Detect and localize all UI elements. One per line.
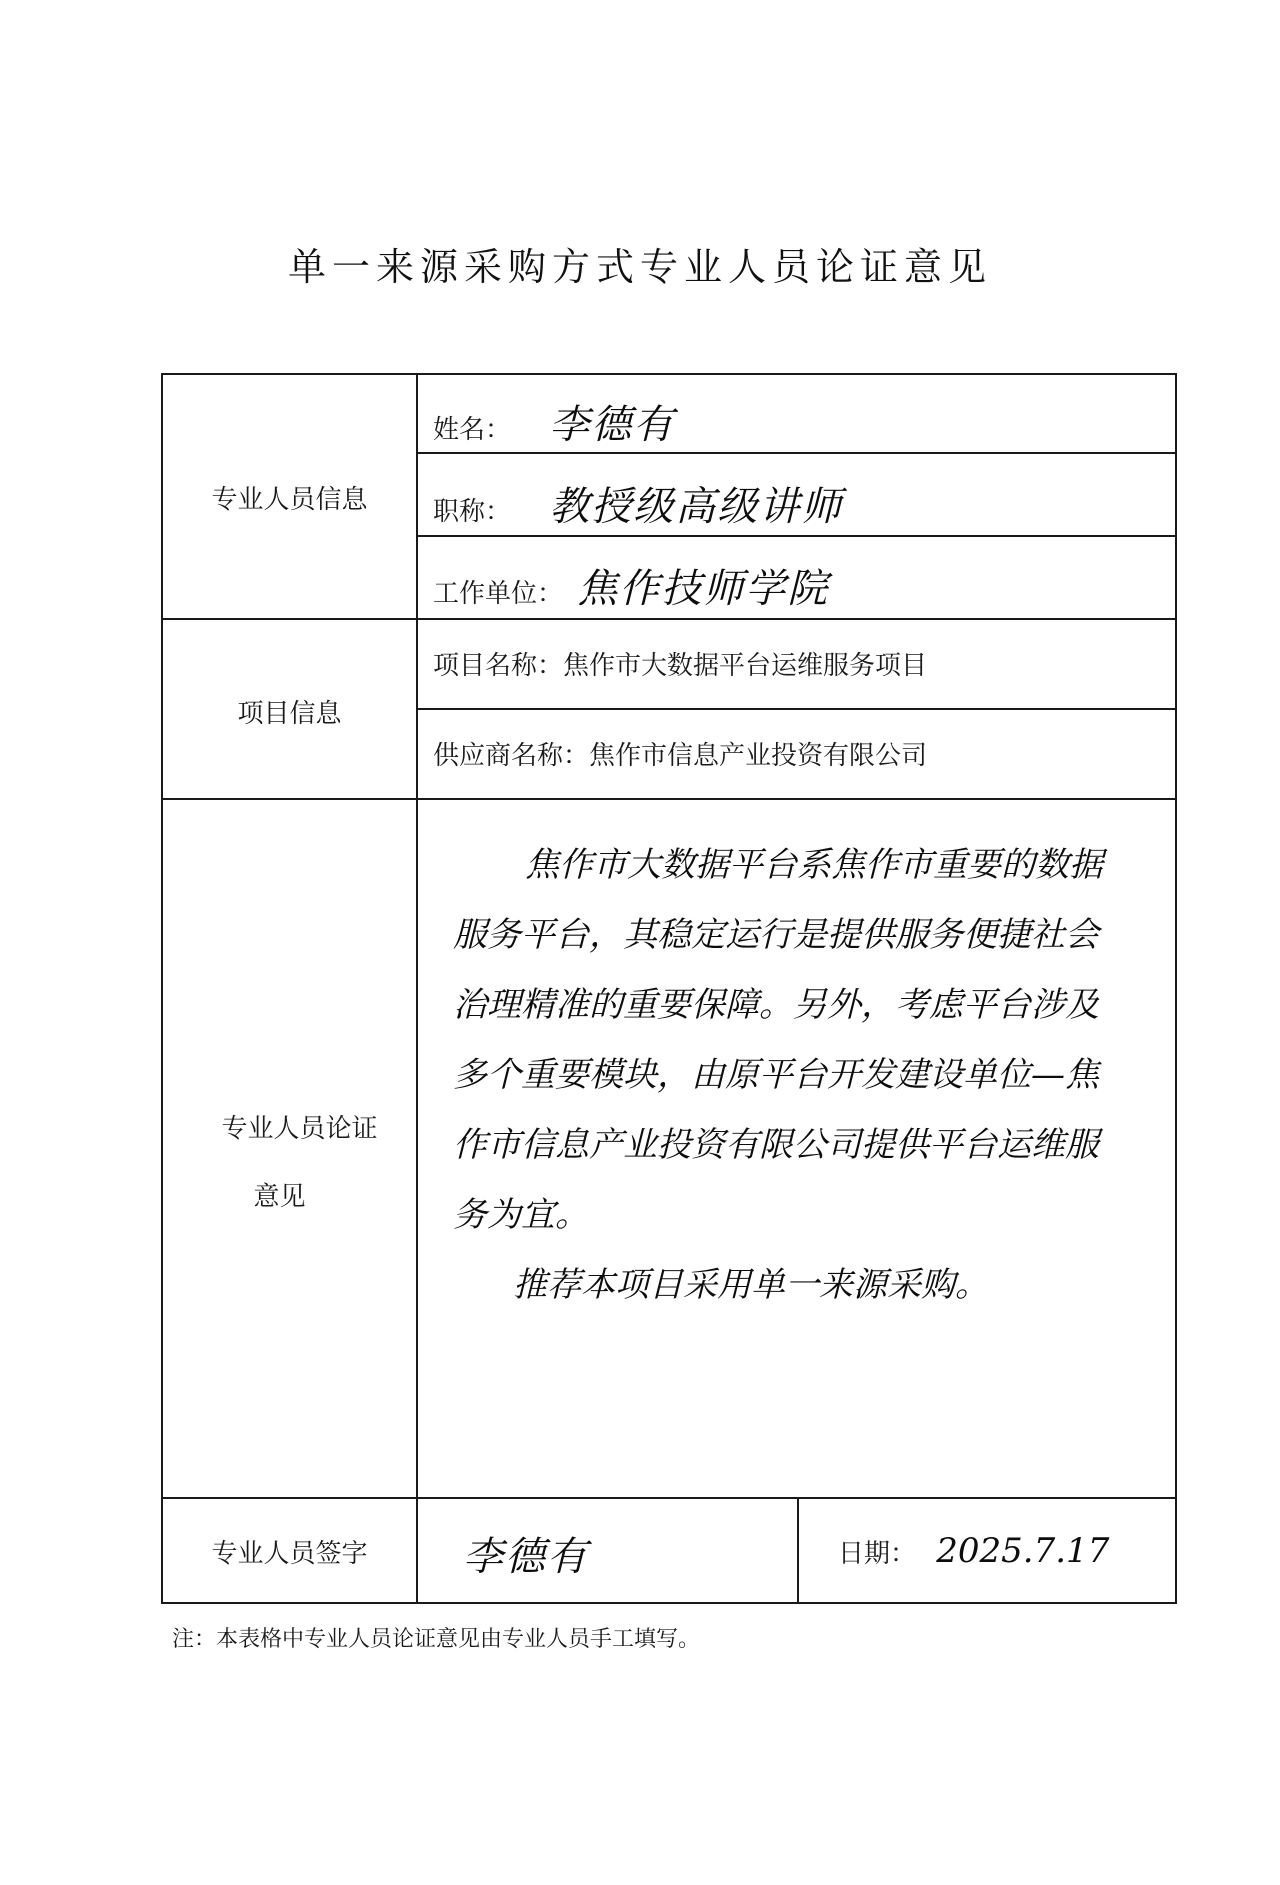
row-divider bbox=[418, 708, 1177, 710]
opinion-paragraph: 推荐本项目采用单一来源采购。 bbox=[453, 1250, 1113, 1320]
title-field: 职称： 教授级高级讲师 bbox=[433, 475, 843, 532]
form-table: 专业人员信息 姓名： 李德有 职称： 教授级高级讲师 工作单位： 焦作技师学院 … bbox=[161, 373, 1177, 1604]
name-label: 姓名： bbox=[433, 415, 511, 445]
row-divider bbox=[418, 452, 1177, 454]
section-divider bbox=[163, 798, 1177, 800]
opinion-paragraph: 焦作市大数据平台系焦作市重要的数据服务平台，其稳定运行是提供服务便捷社会治理精准… bbox=[453, 830, 1113, 1250]
name-value: 李德有 bbox=[549, 402, 675, 448]
column-divider bbox=[797, 1499, 799, 1602]
unit-value: 焦作技师学院 bbox=[577, 566, 829, 612]
date-field: 日期： 2025.7.17 bbox=[838, 1531, 1109, 1571]
unit-field: 工作单位： 焦作技师学院 bbox=[433, 557, 829, 614]
date-label: 日期： bbox=[838, 1539, 916, 1569]
document-title: 单一来源采购方式专业人员论证意见 bbox=[0, 236, 1280, 291]
row-divider bbox=[418, 535, 1177, 537]
supplier-name-field: 供应商名称：焦作市信息产业投资有限公司 bbox=[433, 735, 927, 772]
project-name-field: 项目名称：焦作市大数据平台运维服务项目 bbox=[433, 645, 927, 682]
opinion-text: 焦作市大数据平台系焦作市重要的数据服务平台，其稳定运行是提供服务便捷社会治理精准… bbox=[453, 830, 1113, 1320]
personnel-info-label: 专业人员信息 bbox=[163, 479, 416, 516]
signature-label: 专业人员签字 bbox=[163, 1533, 416, 1570]
title-value: 教授级高级讲师 bbox=[549, 484, 843, 530]
signature-value: 李德有 bbox=[463, 1525, 589, 1582]
project-info-label: 项目信息 bbox=[163, 693, 416, 730]
opinion-label-line1: 专业人员论证 bbox=[163, 1095, 416, 1163]
section-divider bbox=[163, 618, 1177, 620]
title-label: 职称： bbox=[433, 497, 511, 527]
section-divider bbox=[163, 1497, 1177, 1499]
date-value: 2025.7.17 bbox=[936, 1531, 1109, 1571]
footnote: 注：本表格中专业人员论证意见由专业人员手工填写。 bbox=[172, 1622, 700, 1653]
unit-label: 工作单位： bbox=[433, 579, 563, 609]
opinion-label: 专业人员论证 意见 bbox=[163, 1095, 416, 1231]
name-field: 姓名： 李德有 bbox=[433, 393, 675, 450]
column-divider bbox=[416, 375, 418, 1602]
opinion-label-line2: 意见 bbox=[163, 1163, 416, 1231]
